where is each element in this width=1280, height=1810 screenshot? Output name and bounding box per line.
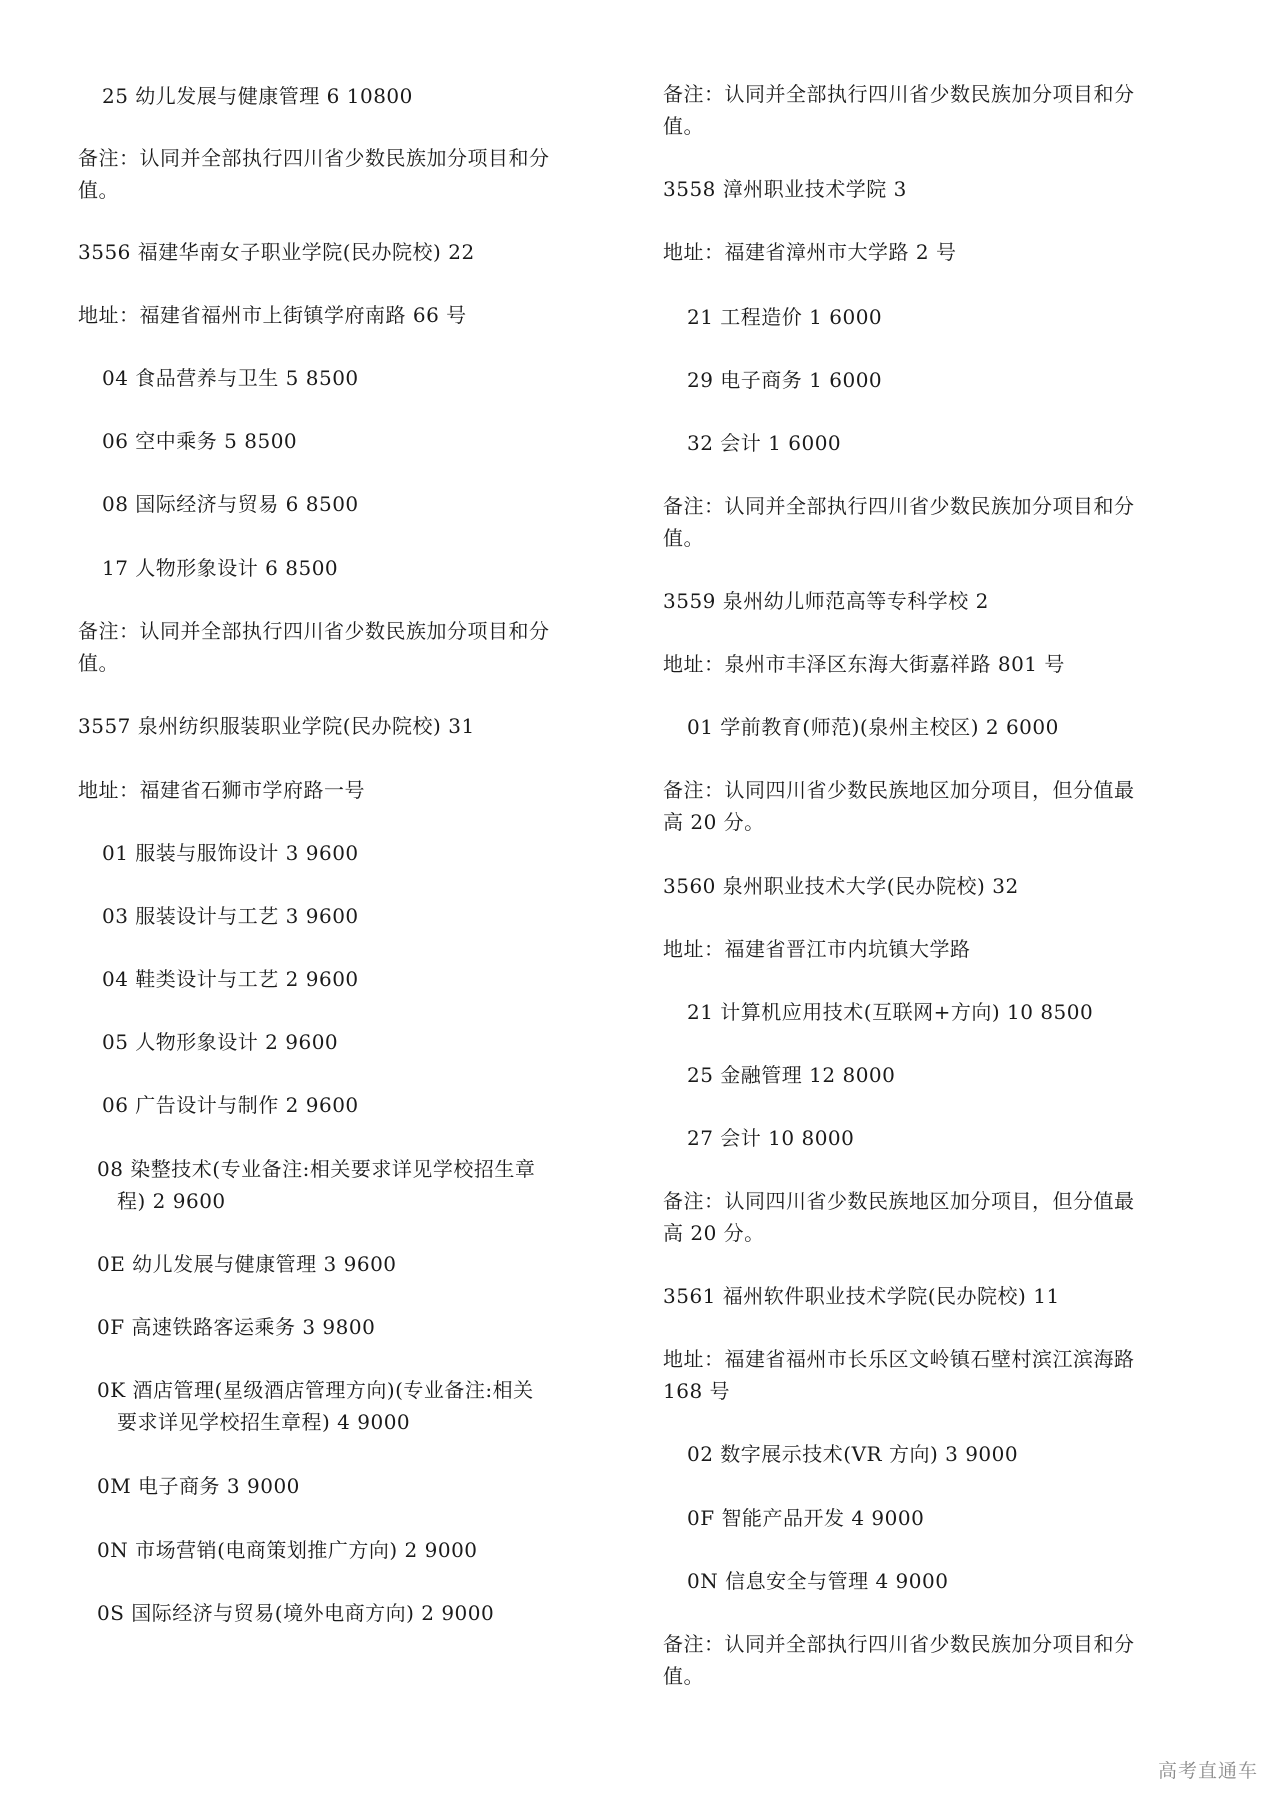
note-line: 备注：认同并全部执行四川省少数民族加分项目和分 <box>663 1628 1135 1660</box>
school-address: 地址：福建省福州市长乐区文岭镇石壁村滨江滨海路 <box>663 1343 1135 1375</box>
major-line: 21 计算机应用技术(互联网+方向) 10 8500 <box>687 996 1093 1028</box>
major-line: 0N 信息安全与管理 4 9000 <box>687 1565 948 1597</box>
note-line: 备注：认同并全部执行四川省少数民族加分项目和分 <box>663 490 1135 522</box>
major-line: 05 人物形象设计 2 9600 <box>102 1026 338 1058</box>
major-line: 06 广告设计与制作 2 9600 <box>102 1089 359 1121</box>
school-header: 3560 泉州职业技术大学(民办院校) 32 <box>663 870 1019 902</box>
school-header: 3561 福州软件职业技术学院(民办院校) 11 <box>663 1280 1060 1312</box>
note-line-cont: 值。 <box>78 174 119 206</box>
major-line: 0M 电子商务 3 9000 <box>97 1470 300 1502</box>
major-line: 0K 酒店管理(星级酒店管理方向)(专业备注:相关 <box>97 1374 534 1406</box>
school-header: 3558 漳州职业技术学院 3 <box>663 173 907 205</box>
school-address: 地址：福建省石狮市学府路一号 <box>78 774 365 806</box>
major-line: 0F 高速铁路客运乘务 3 9800 <box>97 1311 375 1343</box>
school-header: 3559 泉州幼儿师范高等专科学校 2 <box>663 585 989 617</box>
note-line-cont: 高 20 分。 <box>663 1217 765 1249</box>
major-line: 27 会计 10 8000 <box>687 1122 854 1154</box>
major-line: 01 服装与服饰设计 3 9600 <box>102 837 359 869</box>
major-line: 02 数字展示技术(VR 方向) 3 9000 <box>687 1438 1018 1470</box>
note-line-cont: 值。 <box>78 647 119 679</box>
school-address: 地址：福建省晋江市内坑镇大学路 <box>663 933 971 965</box>
major-line: 25 金融管理 12 8000 <box>687 1059 895 1091</box>
major-line: 08 染整技术(专业备注:相关要求详见学校招生章 <box>97 1153 535 1185</box>
major-line: 0E 幼儿发展与健康管理 3 9600 <box>97 1248 397 1280</box>
major-line: 29 电子商务 1 6000 <box>687 364 882 396</box>
school-address: 地址：福建省福州市上街镇学府南路 66 号 <box>78 299 467 331</box>
note-line: 备注：认同四川省少数民族地区加分项目，但分值最 <box>663 774 1135 806</box>
major-line: 04 鞋类设计与工艺 2 9600 <box>102 963 359 995</box>
note-line: 备注：认同并全部执行四川省少数民族加分项目和分 <box>78 142 550 174</box>
school-header: 3556 福建华南女子职业学院(民办院校) 22 <box>78 236 475 268</box>
note-line-cont: 值。 <box>663 522 704 554</box>
major-line: 17 人物形象设计 6 8500 <box>102 552 338 584</box>
school-address: 地址：泉州市丰泽区东海大街嘉祥路 801 号 <box>663 648 1065 680</box>
watermark: 高考直通车 <box>1158 1756 1258 1783</box>
major-line: 01 学前教育(师范)(泉州主校区) 2 6000 <box>687 711 1059 743</box>
major-line: 0F 智能产品开发 4 9000 <box>687 1502 924 1534</box>
note-line-cont: 值。 <box>663 110 704 142</box>
major-line: 0N 市场营销(电商策划推广方向) 2 9000 <box>97 1534 478 1566</box>
school-address-cont: 168 号 <box>663 1375 730 1407</box>
note-line: 备注：认同四川省少数民族地区加分项目，但分值最 <box>663 1185 1135 1217</box>
note-line: 备注：认同并全部执行四川省少数民族加分项目和分 <box>78 615 550 647</box>
note-line-cont: 值。 <box>663 1660 704 1692</box>
note-line: 备注：认同并全部执行四川省少数民族加分项目和分 <box>663 78 1135 110</box>
major-line-cont: 要求详见学校招生章程) 4 9000 <box>117 1406 410 1438</box>
major-line: 25 幼儿发展与健康管理 6 10800 <box>102 80 413 112</box>
major-line: 0S 国际经济与贸易(境外电商方向) 2 9000 <box>97 1597 494 1629</box>
major-line: 32 会计 1 6000 <box>687 427 841 459</box>
school-header: 3557 泉州纺织服装职业学院(民办院校) 31 <box>78 710 475 742</box>
school-address: 地址：福建省漳州市大学路 2 号 <box>663 236 956 268</box>
major-line-cont: 程) 2 9600 <box>117 1185 226 1217</box>
major-line: 04 食品营养与卫生 5 8500 <box>102 362 359 394</box>
note-line-cont: 高 20 分。 <box>663 806 765 838</box>
major-line: 08 国际经济与贸易 6 8500 <box>102 488 359 520</box>
major-line: 06 空中乘务 5 8500 <box>102 425 297 457</box>
major-line: 21 工程造价 1 6000 <box>687 301 882 333</box>
major-line: 03 服装设计与工艺 3 9600 <box>102 900 359 932</box>
